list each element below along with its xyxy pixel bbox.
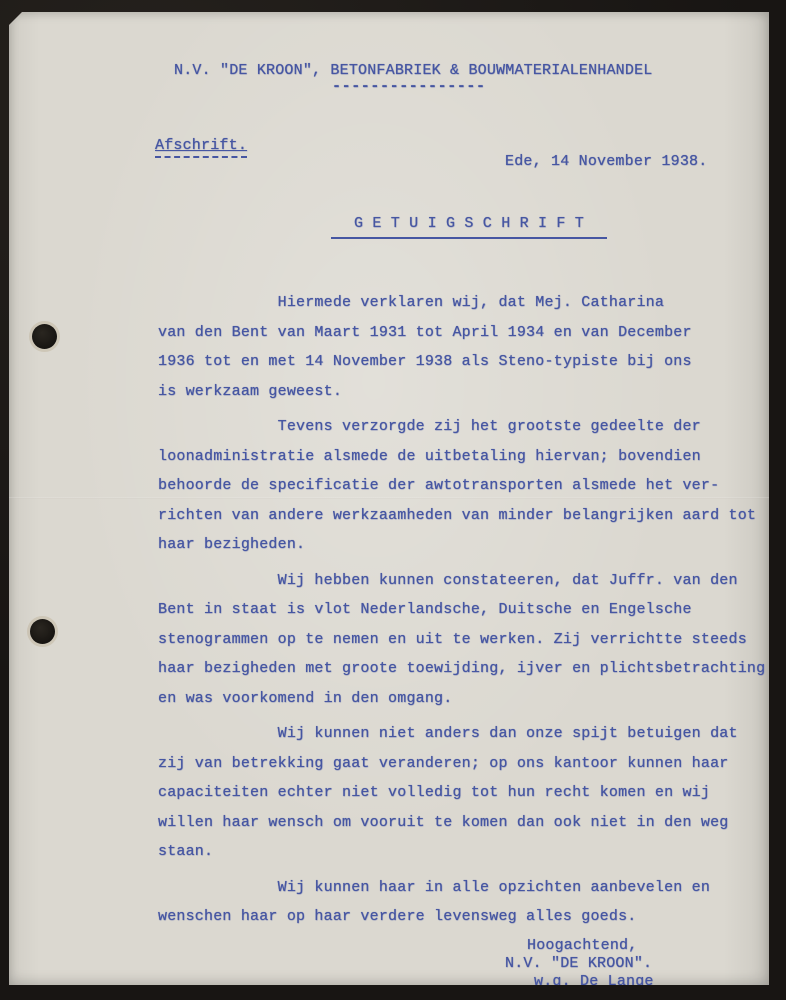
paragraph-2: Tevens verzorgde zij het grootste gedeel… [158, 412, 765, 560]
punch-hole-bottom [30, 619, 55, 644]
paragraph-5: Wij kunnen haar in alle opzichten aanbev… [158, 873, 765, 932]
closing-block: Hoogachtend, N.V. "DE KROON". w.g. De La… [505, 937, 654, 991]
dateline: Ede, 14 November 1938. [505, 153, 707, 170]
paragraph-3: Wij hebben kunnen constateeren, dat Juff… [158, 566, 765, 714]
closing-salutation: Hoogachtend, [505, 937, 654, 955]
letter-paper: N.V. "DE KROON", BETONFABRIEK & BOUWMATE… [9, 12, 769, 985]
closing-company: N.V. "DE KROON". [505, 955, 654, 973]
paragraph-4: Wij kunnen niet anders dan onze spijt be… [158, 719, 765, 867]
closing-signature: w.g. De Lange [505, 973, 654, 991]
scanned-document: N.V. "DE KROON", BETONFABRIEK & BOUWMATE… [0, 0, 786, 1000]
document-title: G E T U I G S C H R I F T [331, 215, 607, 239]
punch-hole-top [32, 324, 57, 349]
paragraph-1: Hiermede verklaren wij, dat Mej. Cathari… [158, 288, 765, 406]
letterhead-dashes: ---------------- [332, 78, 486, 95]
letterhead-company: N.V. "DE KROON", BETONFABRIEK & BOUWMATE… [174, 62, 652, 79]
copy-label: Afschrift. [155, 137, 247, 158]
letter-body: Hiermede verklaren wij, dat Mej. Cathari… [158, 288, 765, 938]
